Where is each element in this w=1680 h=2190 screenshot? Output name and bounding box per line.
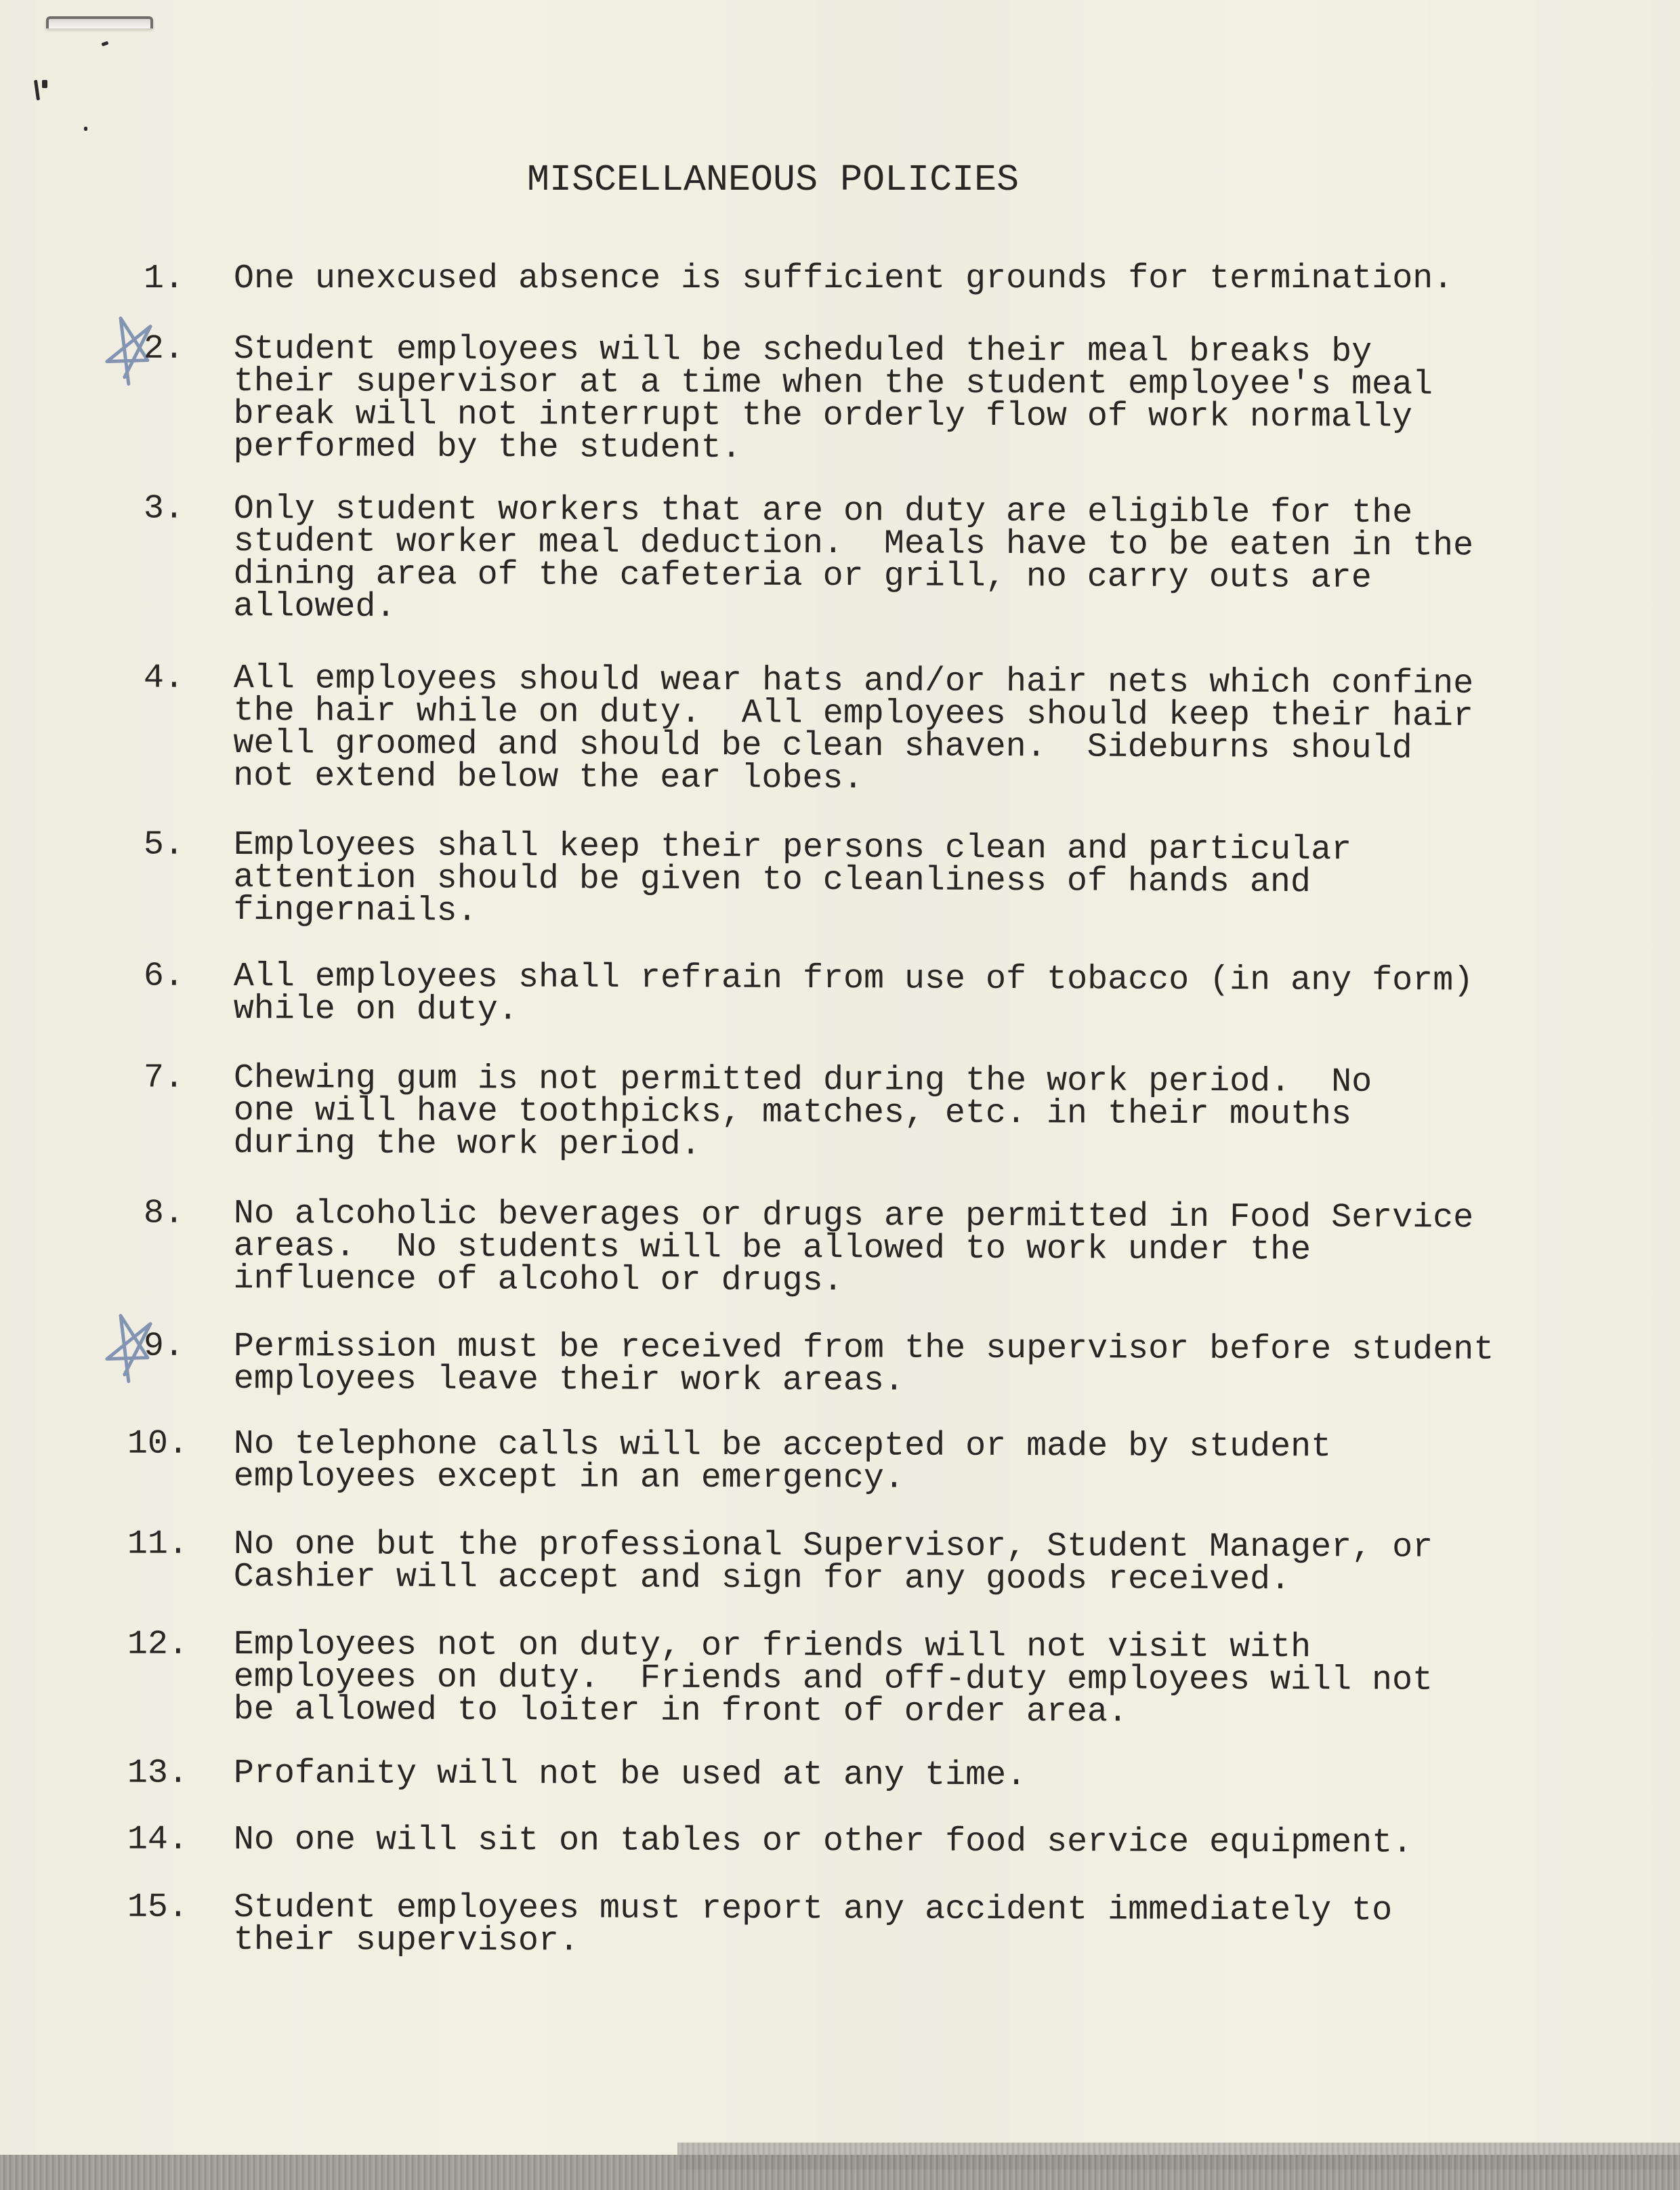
policy-item: 9.Permission must be received from the s… bbox=[0, 1330, 1680, 1334]
page-title: MISCELLANEOUS POLICIES bbox=[527, 161, 1019, 199]
policy-number: 3. bbox=[96, 493, 184, 525]
policy-number: 6. bbox=[96, 960, 184, 993]
policy-text: No telephone calls will be accepted or m… bbox=[234, 1428, 1332, 1496]
policy-text: No one but the professional Supervisor, … bbox=[234, 1529, 1433, 1597]
scanner-shadow bbox=[0, 2155, 1680, 2190]
staple-icon bbox=[46, 16, 153, 28]
policy-text-line: their supervisor. bbox=[234, 1924, 1392, 1960]
policy-number: 14. bbox=[100, 1823, 188, 1856]
policy-text: Only student workers that are on duty ar… bbox=[233, 493, 1473, 627]
policy-item: 11.No one but the professional Superviso… bbox=[0, 1528, 1680, 1532]
policy-number: 11. bbox=[100, 1528, 188, 1561]
policy-number: 1. bbox=[96, 263, 184, 295]
policy-number: 5. bbox=[96, 829, 184, 862]
policy-number: 13. bbox=[100, 1757, 188, 1790]
policy-text: One unexcused absence is sufficient grou… bbox=[234, 263, 1453, 295]
policy-text: Chewing gum is not permitted during the … bbox=[233, 1062, 1372, 1164]
policy-number: 8. bbox=[96, 1197, 184, 1230]
ink-speck bbox=[42, 80, 47, 88]
ink-speck bbox=[84, 127, 87, 131]
policy-text: Student employees must report any accide… bbox=[234, 1892, 1393, 1960]
policy-number: 7. bbox=[96, 1062, 184, 1094]
policy-text: No one will sit on tables or other food … bbox=[234, 1824, 1412, 1860]
policy-text: Permission must be received from the sup… bbox=[234, 1331, 1494, 1399]
policy-number: 12. bbox=[100, 1628, 188, 1661]
policy-number: 15. bbox=[100, 1891, 188, 1924]
policy-number: 10. bbox=[100, 1428, 188, 1460]
policy-text-line: Cashier will accept and sign for any goo… bbox=[234, 1561, 1433, 1597]
policy-text: All employees should wear hats and/or ha… bbox=[233, 663, 1473, 798]
policy-text: Employees shall keep their persons clean… bbox=[233, 829, 1351, 932]
policy-text: All employees shall refrain from use of … bbox=[234, 961, 1474, 1030]
policy-text-line: employees except in an emergency. bbox=[234, 1461, 1331, 1496]
policy-text-line: Profanity will not be used at any time. bbox=[234, 1758, 1026, 1792]
policy-text: No alcoholic beverages or drugs are perm… bbox=[233, 1198, 1473, 1300]
policy-text-line: One unexcused absence is sufficient grou… bbox=[234, 263, 1453, 295]
policy-number: 2. bbox=[96, 333, 184, 365]
policy-text-line: No one will sit on tables or other food … bbox=[234, 1824, 1412, 1860]
policy-number: 4. bbox=[96, 662, 184, 695]
policy-number: 9. bbox=[96, 1330, 184, 1363]
policy-text-line: dining area of the cafeteria or grill, n… bbox=[233, 558, 1473, 595]
policy-text: Profanity will not be used at any time. bbox=[234, 1758, 1026, 1792]
policy-text: Employees not on duty, or friends will n… bbox=[234, 1629, 1433, 1730]
policy-text: Student employees will be scheduled thei… bbox=[233, 333, 1433, 467]
